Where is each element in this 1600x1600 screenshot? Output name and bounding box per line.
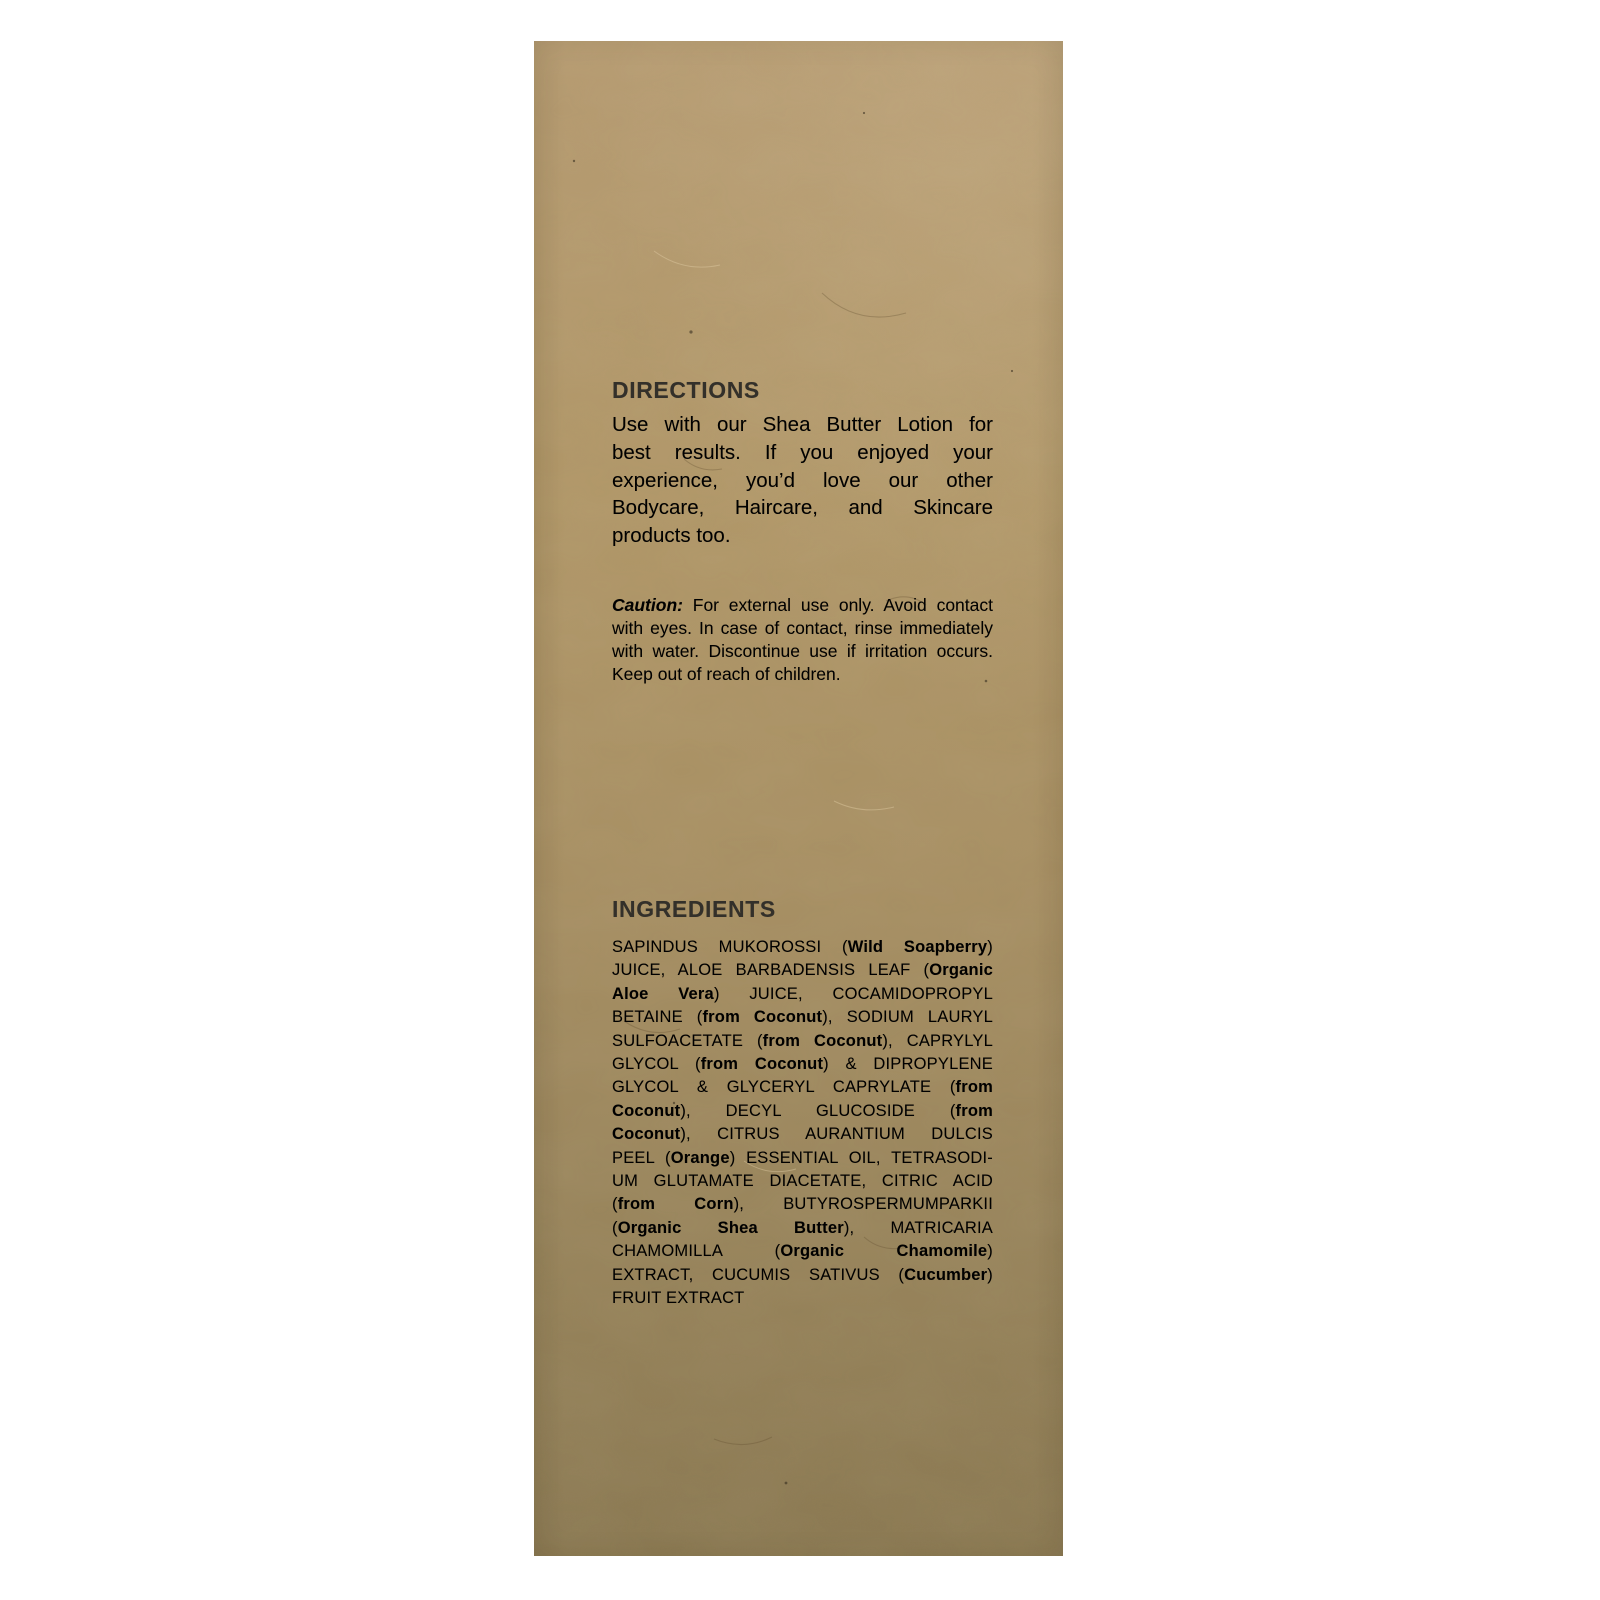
text-segment: ) bbox=[987, 1242, 993, 1260]
text-line: (from Corn), BUTYROSPERMUMPARKII bbox=[612, 1193, 993, 1216]
text-segment: from Corn bbox=[618, 1195, 734, 1213]
text-line: UM GLUTAMATE DIACETATE, CITRIC ACID bbox=[612, 1170, 993, 1193]
text-segment: with water. Discontinue use if irritatio… bbox=[612, 641, 993, 661]
text-line: Bodycare, Haircare, and Skincare bbox=[612, 494, 993, 522]
text-segment: For external use only. Avoid contact bbox=[683, 595, 993, 615]
text-segment: Organic Chamomile bbox=[780, 1242, 987, 1260]
text-segment: ), BUTYROSPERMUMPARKII bbox=[734, 1195, 993, 1213]
text-segment: ) bbox=[987, 938, 993, 956]
text-segment: Caution: bbox=[612, 595, 683, 615]
text-segment: from bbox=[956, 1078, 993, 1096]
product-box-back-panel: DIRECTIONS Use with our Shea Butter Loti… bbox=[534, 41, 1063, 1556]
text-segment: Coconut bbox=[612, 1125, 680, 1143]
text-segment: from Coconut bbox=[701, 1055, 823, 1073]
text-line: (Organic Shea Butter), MATRICARIA bbox=[612, 1217, 993, 1240]
text-line: GLYCOL & GLYCERYL CAPRYLATE (from bbox=[612, 1076, 993, 1099]
text-segment: ), CAPRYLYL bbox=[882, 1032, 993, 1050]
text-line: with water. Discontinue use if irritatio… bbox=[612, 640, 993, 663]
text-line: best results. If you enjoyed your bbox=[612, 439, 993, 467]
kraft-paper-texture bbox=[534, 41, 1063, 1556]
text-segment: Aloe Vera bbox=[612, 985, 714, 1003]
text-segment: best results. If you enjoyed your bbox=[612, 441, 993, 464]
ingredients-paragraph: SAPINDUS MUKOROSSI (Wild Soapberry)JUICE… bbox=[612, 936, 993, 1311]
text-segment: Organic bbox=[929, 961, 993, 979]
directions-heading: DIRECTIONS bbox=[612, 375, 993, 406]
text-segment: JUICE, ALOE BARBADENSIS LEAF ( bbox=[612, 961, 929, 979]
text-segment: Orange bbox=[671, 1149, 730, 1167]
text-segment: CHAMOMILLA ( bbox=[612, 1242, 780, 1260]
text-line: FRUIT EXTRACT bbox=[612, 1287, 993, 1310]
text-segment: experience, you’d love our other bbox=[612, 469, 993, 492]
text-segment: SULFOACETATE ( bbox=[612, 1032, 763, 1050]
text-segment: ) JUICE, COCAMIDOPROPYL bbox=[714, 985, 993, 1003]
text-segment: FRUIT EXTRACT bbox=[612, 1289, 744, 1307]
caution-section: Caution: For external use only. Avoid co… bbox=[612, 594, 993, 686]
text-line: with eyes. In case of contact, rinse imm… bbox=[612, 617, 993, 640]
text-segment: Cucumber bbox=[904, 1266, 987, 1284]
text-line: BETAINE (from Coconut), SODIUM LAURYL bbox=[612, 1006, 993, 1029]
caution-paragraph: Caution: For external use only. Avoid co… bbox=[612, 594, 993, 686]
text-line: Coconut), DECYL GLUCOSIDE (from bbox=[612, 1100, 993, 1123]
ingredients-section: INGREDIENTS SAPINDUS MUKOROSSI (Wild Soa… bbox=[612, 894, 993, 1311]
text-segment: GLYCOL & GLYCERYL CAPRYLATE ( bbox=[612, 1078, 956, 1096]
directions-section: DIRECTIONS Use with our Shea Butter Loti… bbox=[612, 375, 993, 550]
text-segment: ) bbox=[987, 1266, 993, 1284]
directions-paragraph: Use with our Shea Butter Lotion forbest … bbox=[612, 411, 993, 550]
text-line: JUICE, ALOE BARBADENSIS LEAF (Organic bbox=[612, 959, 993, 982]
text-segment: ) & DIPROPYLENE bbox=[823, 1055, 993, 1073]
text-segment: ), CITRUS AURANTIUM DULCIS bbox=[680, 1125, 993, 1143]
text-segment: GLYCOL ( bbox=[612, 1055, 701, 1073]
text-line: Coconut), CITRUS AURANTIUM DULCIS bbox=[612, 1123, 993, 1146]
text-segment: Use with our Shea Butter Lotion for bbox=[612, 413, 993, 436]
text-line: Aloe Vera) JUICE, COCAMIDOPROPYL bbox=[612, 983, 993, 1006]
text-line: GLYCOL (from Coconut) & DIPROPYLENE bbox=[612, 1053, 993, 1076]
text-line: Use with our Shea Butter Lotion for bbox=[612, 411, 993, 439]
photo-background: DIRECTIONS Use with our Shea Butter Loti… bbox=[0, 0, 1600, 1600]
text-line: PEEL (Orange) ESSENTIAL OIL, TETRASODI- bbox=[612, 1147, 993, 1170]
text-segment: SAPINDUS MUKOROSSI ( bbox=[612, 938, 848, 956]
text-segment: ) ESSENTIAL OIL, TETRASODI- bbox=[730, 1149, 993, 1167]
text-segment: Organic Shea Butter bbox=[618, 1219, 844, 1237]
text-line: products too. bbox=[612, 522, 993, 550]
text-segment: Wild Soapberry bbox=[848, 938, 988, 956]
text-line: SULFOACETATE (from Coconut), CAPRYLYL bbox=[612, 1030, 993, 1053]
text-segment: Coconut bbox=[612, 1102, 680, 1120]
text-segment: from Coconut bbox=[702, 1008, 822, 1026]
text-segment: with eyes. In case of contact, rinse imm… bbox=[612, 618, 993, 638]
text-segment: from Coconut bbox=[763, 1032, 883, 1050]
text-segment: Keep out of reach of children. bbox=[612, 664, 841, 684]
text-line: EXTRACT, CUCUMIS SATIVUS (Cucumber) bbox=[612, 1264, 993, 1287]
text-segment: PEEL ( bbox=[612, 1149, 671, 1167]
text-line: Caution: For external use only. Avoid co… bbox=[612, 594, 993, 617]
text-segment: products too. bbox=[612, 524, 731, 547]
text-line: CHAMOMILLA (Organic Chamomile) bbox=[612, 1240, 993, 1263]
text-segment: from bbox=[956, 1102, 993, 1120]
ingredients-heading: INGREDIENTS bbox=[612, 894, 993, 925]
text-segment: EXTRACT, CUCUMIS SATIVUS ( bbox=[612, 1266, 904, 1284]
text-line: Keep out of reach of children. bbox=[612, 663, 993, 686]
text-segment: Bodycare, Haircare, and Skincare bbox=[612, 496, 993, 519]
text-line: SAPINDUS MUKOROSSI (Wild Soapberry) bbox=[612, 936, 993, 959]
text-segment: ), MATRICARIA bbox=[844, 1219, 993, 1237]
text-segment: ), DECYL GLUCOSIDE ( bbox=[680, 1102, 955, 1120]
text-segment: ), SODIUM LAURYL bbox=[822, 1008, 993, 1026]
text-segment: BETAINE ( bbox=[612, 1008, 702, 1026]
text-segment: UM GLUTAMATE DIACETATE, CITRIC ACID bbox=[612, 1172, 993, 1190]
text-line: experience, you’d love our other bbox=[612, 467, 993, 495]
